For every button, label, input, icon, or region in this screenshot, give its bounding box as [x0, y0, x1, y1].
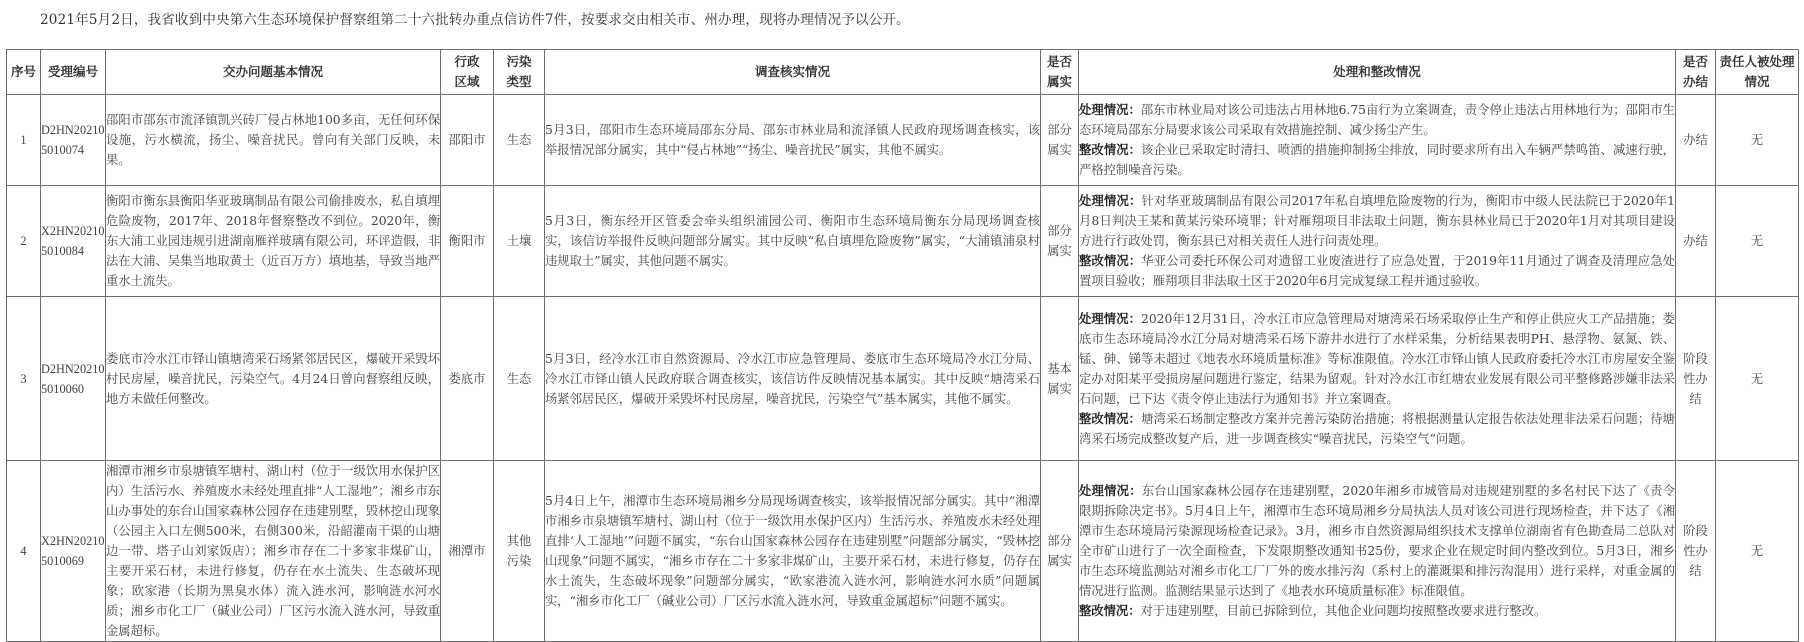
cell-seq: 3: [7, 297, 41, 461]
handling-paragraph: 处理情况：针对华亚玻璃制品有限公司2017年私自填埋危险废物的行为，衡阳市中级人…: [1079, 191, 1675, 251]
header-closed: 是否办结: [1676, 50, 1716, 95]
handling-text: 针对华亚玻璃制品有限公司2017年私自填埋危险废物的行为，衡阳市中级人民法院已于…: [1079, 194, 1675, 248]
header-seq: 序号: [7, 50, 41, 95]
cell-accountability: 无: [1716, 461, 1799, 642]
cell-handling: 处理情况：2020年12月31日，冷水江市应急管理局对塘湾采石场采取停止生产和停…: [1079, 297, 1676, 461]
cell-investigation: 5月4日上午，湘潭市生态环境局湘乡分局现场调查核实，该举报情况部分属实。其中“湘…: [545, 461, 1041, 642]
header-row: 序号 受理编号 交办问题基本情况 行政区域 污染类型 调查核实情况 是否属实 处…: [7, 50, 1799, 95]
petition-report-table: 序号 受理编号 交办问题基本情况 行政区域 污染类型 调查核实情况 是否属实 处…: [6, 49, 1799, 642]
rectify-paragraph: 整改情况：华亚公司委托环保公司对遗留工业废渣进行了应急处置，于2019年11月通…: [1079, 251, 1675, 291]
cell-code: D2HN202105010074: [41, 95, 106, 186]
cell-closed: 阶段性办结: [1676, 297, 1716, 461]
cell-accountability: 无: [1716, 297, 1799, 461]
cell-handling: 处理情况：针对华亚玻璃制品有限公司2017年私自填埋危险废物的行为，衡阳市中级人…: [1079, 186, 1676, 297]
handling-paragraph: 处理情况：2020年12月31日，冷水江市应急管理局对塘湾采石场采取停止生产和停…: [1079, 309, 1675, 409]
cell-pollution: 生态: [494, 297, 545, 461]
cell-seq: 4: [7, 461, 41, 642]
table-row: 4 X2HN202105010069 湘潭市湘乡市泉塘镇军塘村、湖山村（位于一级…: [7, 461, 1799, 642]
cell-handling: 处理情况：东台山国家森林公园存在违建别墅，2020年湘乡市城管局对违规建别墅的多…: [1079, 461, 1676, 642]
rectify-text: 对于违建别墅，目前已拆除到位，其他企业问题均按照整改要求进行整改。: [1141, 604, 1547, 618]
rectify-label: 整改情况：: [1079, 142, 1141, 157]
intro-paragraph: 2021年5月2日，我省收到中央第六生态环境保护督察组第二十六批转办重点信访件7…: [40, 8, 910, 28]
cell-investigation: 5月3日，衡东经开区管委会牵头组织浦园公司、衡阳市生态环境局衡东分局现场调查核实…: [545, 186, 1041, 297]
cell-seq: 1: [7, 95, 41, 186]
handling-text: 2020年12月31日，冷水江市应急管理局对塘湾采石场采取停止生产和停止供应火工…: [1079, 312, 1675, 406]
cell-region: 湘潭市: [441, 461, 494, 642]
cell-pollution: 土壤: [494, 186, 545, 297]
cell-verified: 部分属实: [1041, 461, 1079, 642]
cell-investigation: 5月3日，邵阳市生态环境局邵东分局、邵东市林业局和流泽镇人民政府现场调查核实，该…: [545, 95, 1041, 186]
cell-issue: 娄底市冷水江市铎山镇塘湾采石场紧邻居民区，爆破开采毁坏村民房屋，噪音扰民，污染空…: [106, 297, 441, 461]
cell-accountability: 无: [1716, 186, 1799, 297]
table-row: 1 D2HN202105010074 邵阳市邵东市流泽镇凯兴砖厂侵占林地100多…: [7, 95, 1799, 186]
cell-region: 衡阳市: [441, 186, 494, 297]
cell-issue: 衡阳市衡东县衡阳华亚玻璃制品有限公司偷排废水，私自填埋危险废物，2017年、20…: [106, 186, 441, 297]
cell-region: 娄底市: [441, 297, 494, 461]
cell-pollution: 其他污染: [494, 461, 545, 642]
rectify-paragraph: 整改情况：对于违建别墅，目前已拆除到位，其他企业问题均按照整改要求进行整改。: [1079, 601, 1675, 621]
rectify-label: 整改情况：: [1079, 253, 1141, 268]
cell-verified: 部分属实: [1041, 186, 1079, 297]
cell-issue: 邵阳市邵东市流泽镇凯兴砖厂侵占林地100多亩，无任何环保设施，污水横流，扬尘、噪…: [106, 95, 441, 186]
cell-verified: 部分属实: [1041, 95, 1079, 186]
cell-closed: 办结: [1676, 186, 1716, 297]
table-row: 2 X2HN202105010084 衡阳市衡东县衡阳华亚玻璃制品有限公司偷排废…: [7, 186, 1799, 297]
cell-accountability: 无: [1716, 95, 1799, 186]
rectify-text: 华亚公司委托环保公司对遗留工业废渣进行了应急处置，于2019年11月通过了调查及…: [1079, 254, 1675, 288]
handling-label: 处理情况：: [1079, 193, 1142, 208]
header-pollution: 污染类型: [494, 50, 545, 95]
header-region: 行政区域: [441, 50, 494, 95]
cell-region: 邵阳市: [441, 95, 494, 186]
cell-closed: 办结: [1676, 95, 1716, 186]
header-issue: 交办问题基本情况: [106, 50, 441, 95]
header-verified: 是否属实: [1041, 50, 1079, 95]
handling-paragraph: 处理情况：邵东市林业局对该公司违法占用林地6.75亩行为立案调查，责令停止违法占…: [1079, 100, 1675, 140]
handling-label: 处理情况：: [1079, 102, 1141, 117]
handling-text: 东台山国家森林公园存在违建别墅，2020年湘乡市城管局对违规建别墅的多名村民下达…: [1079, 484, 1675, 598]
header-handling: 处理和整改情况: [1079, 50, 1676, 95]
handling-label: 处理情况：: [1079, 311, 1141, 326]
handling-text: 邵东市林业局对该公司违法占用林地6.75亩行为立案调查，责令停止违法占用林地行为…: [1079, 103, 1675, 137]
header-code: 受理编号: [41, 50, 106, 95]
cell-code: D2HN202105010060: [41, 297, 106, 461]
header-accountability: 责任人被处理情况: [1716, 50, 1799, 95]
cell-issue: 湘潭市湘乡市泉塘镇军塘村、湖山村（位于一级饮用水保护区内）生活污水、养殖废水未经…: [106, 461, 441, 642]
cell-investigation: 5月3日，经冷水江市自然资源局、冷水江市应急管理局、娄底市生态环境局冷水江分局、…: [545, 297, 1041, 461]
header-investigation: 调查核实情况: [545, 50, 1041, 95]
table-row: 3 D2HN202105010060 娄底市冷水江市铎山镇塘湾采石场紧邻居民区，…: [7, 297, 1799, 461]
handling-paragraph: 处理情况：东台山国家森林公园存在违建别墅，2020年湘乡市城管局对违规建别墅的多…: [1079, 481, 1675, 601]
cell-seq: 2: [7, 186, 41, 297]
cell-pollution: 生态: [494, 95, 545, 186]
rectify-text: 该企业已采取定时清扫、喷洒的措施抑制扬尘排放，同时要求所有出入车辆严禁鸣笛、减速…: [1079, 143, 1675, 177]
rectify-label: 整改情况：: [1079, 603, 1141, 618]
rectify-text: 塘湾采石场制定整改方案并完善污染防治措施；将根据测量认定报告依法处理非法采石问题…: [1079, 412, 1675, 446]
rectify-paragraph: 整改情况：塘湾采石场制定整改方案并完善污染防治措施；将根据测量认定报告依法处理非…: [1079, 409, 1675, 449]
cell-verified: 基本属实: [1041, 297, 1079, 461]
rectify-label: 整改情况：: [1079, 411, 1141, 426]
rectify-paragraph: 整改情况：该企业已采取定时清扫、喷洒的措施抑制扬尘排放，同时要求所有出入车辆严禁…: [1079, 140, 1675, 180]
cell-code: X2HN202105010069: [41, 461, 106, 642]
cell-closed: 阶段性办结: [1676, 461, 1716, 642]
cell-code: X2HN202105010084: [41, 186, 106, 297]
handling-label: 处理情况：: [1079, 483, 1142, 498]
cell-handling: 处理情况：邵东市林业局对该公司违法占用林地6.75亩行为立案调查，责令停止违法占…: [1079, 95, 1676, 186]
